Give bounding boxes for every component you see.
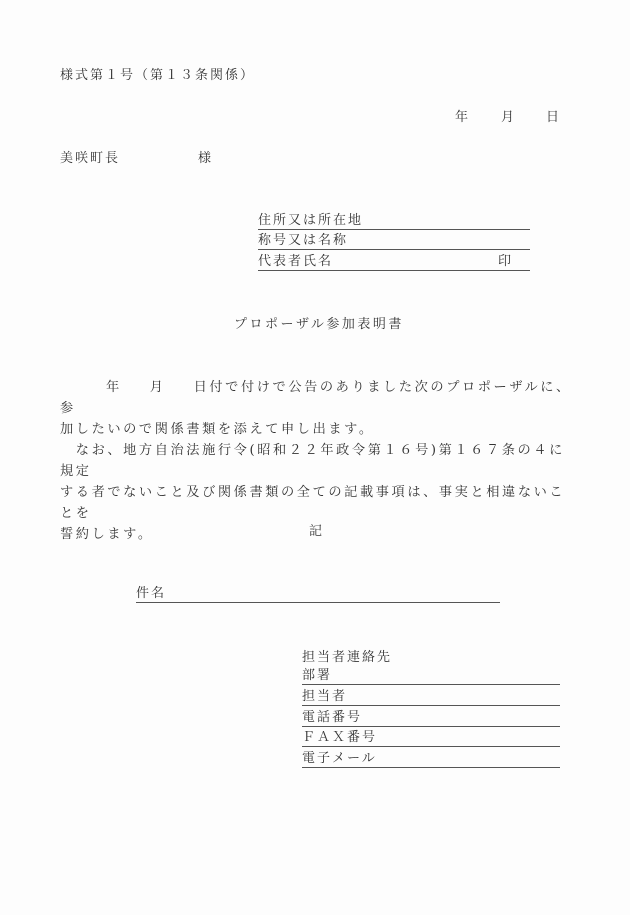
contact-person-field[interactable]: 担当者 xyxy=(302,689,560,706)
body-line-2: 加したいので関係書類を添えて申し出ます。 xyxy=(60,419,580,440)
contact-person-label: 担当者 xyxy=(302,689,347,704)
seal-mark: 印 xyxy=(498,254,513,270)
body-line-4: する者でないこと及び関係書類の全ての記載事項は、事実と相違ないことを xyxy=(60,482,580,524)
contact-heading: 担当者連絡先 xyxy=(302,650,392,666)
date-month-label: 月 xyxy=(501,110,514,126)
email-label: 電子メール xyxy=(302,751,377,766)
date-day-label: 日 xyxy=(546,110,559,126)
department-label: 部署 xyxy=(302,668,332,683)
company-name-field[interactable]: 称号又は名称 xyxy=(258,233,530,250)
representative-field[interactable]: 代表者氏名 印 xyxy=(258,254,530,271)
address-field[interactable]: 住所又は所在地 xyxy=(258,213,530,230)
subject-label: 件名 xyxy=(136,586,166,601)
fax-label: ＦＡＸ番号 xyxy=(302,730,377,745)
company-name-label: 称号又は名称 xyxy=(258,233,348,248)
addressee-honorific: 様 xyxy=(198,151,211,167)
address-label: 住所又は所在地 xyxy=(258,213,363,228)
date-year-label: 年 xyxy=(455,110,468,126)
representative-label: 代表者氏名 xyxy=(258,254,333,269)
form-number: 様式第１号（第１３条関係） xyxy=(60,68,255,84)
fax-field[interactable]: ＦＡＸ番号 xyxy=(302,730,560,747)
body-line-1-text: 日付で付けで公告のありました次のプロポーザルに、参 xyxy=(60,380,572,416)
body-line-3: なお、地方自治法施行令(昭和２２年政令第１６号)第１６７条の４に規定 xyxy=(60,440,580,482)
email-field[interactable]: 電子メール xyxy=(302,751,560,768)
body-paragraph: 年月日付で付けで公告のありました次のプロポーザルに、参 加したいので関係書類を添… xyxy=(60,377,580,545)
ki-heading: 記 xyxy=(309,524,322,540)
subject-field[interactable]: 件名 xyxy=(136,586,500,603)
addressee-name: 美咲町長 xyxy=(60,151,120,167)
department-field[interactable]: 部署 xyxy=(302,668,560,685)
document-title: プロポーザル参加表明書 xyxy=(234,317,404,333)
body-month: 月 xyxy=(150,380,166,395)
phone-label: 電話番号 xyxy=(302,710,362,725)
body-year: 年 xyxy=(106,380,122,395)
phone-field[interactable]: 電話番号 xyxy=(302,710,560,727)
body-line-1: 年月日付で付けで公告のありました次のプロポーザルに、参 xyxy=(60,377,580,419)
